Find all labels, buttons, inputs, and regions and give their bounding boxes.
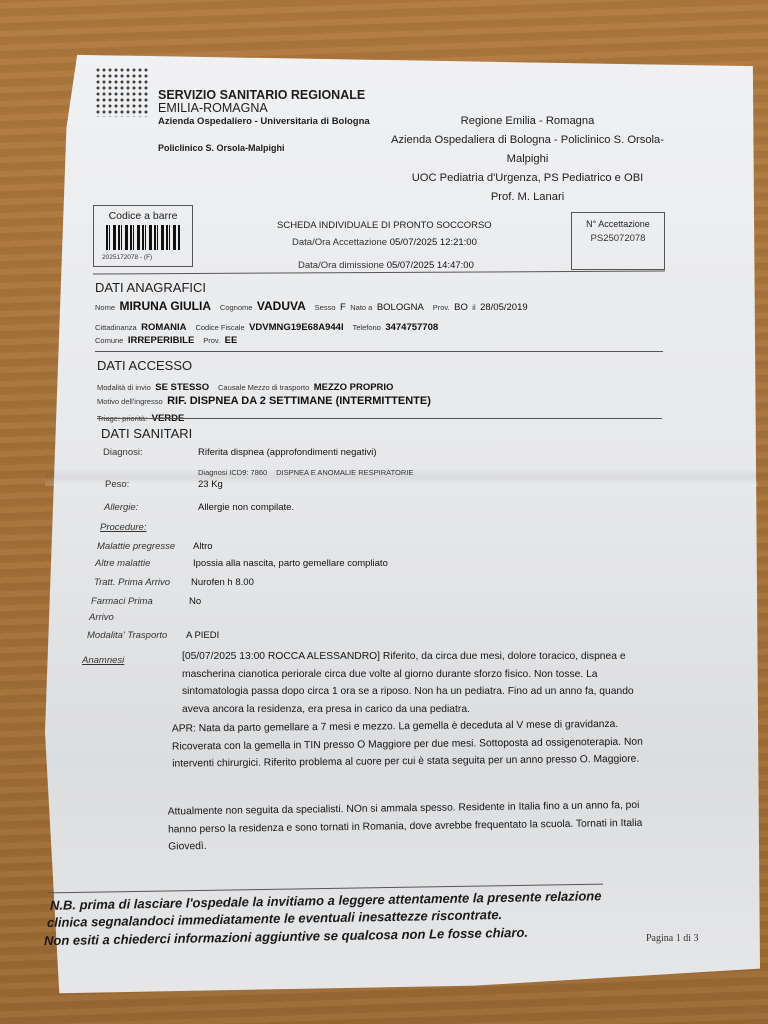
section-title-sanitari: DATI SANITARI (101, 426, 192, 441)
comune-prov-value: EE (225, 335, 238, 346)
scheda-title: SCHEDA INDIVIDUALE DI PRONTO SOCCORSO (277, 220, 492, 231)
divider (97, 418, 662, 419)
dimissione-label: Data/Ora dimissione (298, 260, 384, 271)
ssr-azienda: Azienda Ospedaliero - Universitaria di B… (158, 116, 370, 127)
altre-malattie-value: Ipossia alla nascita, parto gemellare co… (193, 558, 388, 569)
allergie-value: Allergie non compilate. (198, 502, 294, 513)
anamnesi-paragraph-1: [05/07/2025 13:00 ROCCA ALESSANDRO] Rife… (182, 648, 652, 718)
codice-fiscale-value: VDVMNG19E68A944I (249, 322, 344, 333)
accesso-row-2: Motivo dell'ingresso RIF. DISPNEA DA 2 S… (97, 391, 431, 409)
header-line: Azienda Ospedaliera di Bologna - Policli… (385, 131, 670, 150)
ssr-title: SERVIZIO SANITARIO REGIONALE (158, 88, 365, 102)
altre-malattie-label: Altre malattie (95, 558, 150, 569)
telefono-label: Telefono (353, 323, 381, 332)
comune-prov-label: Prov. (203, 336, 220, 345)
regional-logo-icon (95, 67, 150, 117)
nato-value: BOLOGNA (377, 302, 424, 313)
header-line: Prof. M. Lanari (385, 188, 670, 207)
accesso-row-3: Triage: priorità: VERDE (97, 408, 184, 426)
section-title-anagrafici: DATI ANAGRAFICI (95, 280, 206, 295)
barcode-number: 2025172078 - (F) (102, 254, 152, 261)
icd-value: DISPNEA E ANOMALIE RESPIRATORIE (276, 468, 413, 477)
tratt-prima-arrivo-label: Tratt. Prima Arrivo (94, 577, 170, 588)
cognome-label: Cognome (220, 303, 253, 312)
dimissione-value: 05/07/2025 14:47:00 (387, 260, 474, 271)
dob-label: il (472, 303, 475, 312)
ssr-policlinico: Policlinico S. Orsola-Malpighi (158, 143, 285, 153)
icd-row: Diagnosi ICD9: 7860 DISPNEA E ANOMALIE R… (198, 462, 413, 480)
hospital-header-block: Regione Emilia - Romagna Azienda Ospedal… (385, 112, 670, 207)
motivo-value: RIF. DISPNEA DA 2 SETTIMANE (INTERMITTEN… (167, 395, 431, 407)
cognome-value: VADUVA (257, 299, 306, 313)
header-line: UOC Pediatria d'Urgenza, PS Pediatrico e… (385, 169, 670, 188)
peso-label: Peso: (105, 479, 129, 490)
allergie-label: Allergie: (104, 502, 138, 513)
nome-label: Nome (95, 303, 115, 312)
sesso-value: F (340, 302, 346, 313)
procedure-label: Procedure: (100, 522, 146, 533)
malattie-pregresse-value: Altro (193, 541, 213, 552)
accettazione-number-box: N° Accettazione PS25072078 (571, 212, 665, 270)
section-title-accesso: DATI ACCESSO (97, 358, 192, 373)
malattie-pregresse-label: Malattie pregresse (97, 541, 175, 552)
prov-value: BO (454, 302, 468, 313)
accettazione-label: Data/Ora Accettazione (292, 237, 387, 248)
barcode-icon (106, 225, 181, 250)
barcode-box: Codice a barre 2025172078 - (F) (93, 205, 193, 267)
header-line: Malpighi (385, 150, 670, 169)
accettazione-number-label: N° Accettazione (572, 219, 664, 229)
anamnesi-paragraph-apr: APR: Nata da parto gemellare a 7 mesi e … (172, 715, 668, 773)
anagrafici-row-1: Nome MIRUNA GIULIA Cognome VADUVA Sesso … (95, 297, 528, 315)
dob-value: 28/05/2019 (480, 302, 528, 313)
prov-label: Prov. (433, 303, 450, 312)
telefono-value: 3474757708 (385, 322, 438, 333)
motivo-label: Motivo dell'ingresso (97, 397, 163, 406)
anamnesi-paragraph-3: Attualmente non seguita da specialisti. … (168, 796, 671, 856)
nome-value: MIRUNA GIULIA (119, 299, 211, 313)
header-line: Regione Emilia - Romagna (385, 112, 670, 131)
anagrafici-row-3: Comune IRREPERIBILE Prov. EE (95, 330, 237, 348)
accettazione-value: 05/07/2025 12:21:00 (390, 237, 477, 248)
modalita-trasporto-value: A PIEDI (186, 630, 219, 641)
page-number: Pagina 1 di 3 (646, 933, 699, 944)
diagnosi-label: Diagnosi: (103, 447, 143, 458)
barcode-label: Codice a barre (94, 210, 192, 222)
diagnosi-value: Riferita dispnea (approfondimenti negati… (198, 447, 377, 458)
tratt-prima-arrivo-value: Nurofen h 8.00 (191, 577, 254, 588)
nato-label: Nato a (350, 303, 372, 312)
farmaci-prima-arrivo-label-1: Farmaci Prima (91, 596, 153, 607)
divider (95, 351, 663, 352)
icd-label: Diagnosi ICD9: 7860 (198, 468, 267, 477)
modalita-trasporto-label: Modalita' Trasporto (87, 630, 167, 641)
peso-value: 23 Kg (198, 479, 223, 490)
comune-label: Comune (95, 336, 123, 345)
dimissione-datetime: Data/Ora dimissione 05/07/2025 14:47:00 (298, 260, 474, 271)
accettazione-number-value: PS25072078 (572, 233, 664, 244)
ssr-region: EMILIA-ROMAGNA (158, 101, 268, 115)
comune-value: IRREPERIBILE (128, 335, 195, 346)
farmaci-prima-arrivo-value: No (189, 596, 201, 607)
accettazione-datetime: Data/Ora Accettazione 05/07/2025 12:21:0… (292, 237, 477, 248)
sesso-label: Sesso (315, 303, 336, 312)
anamnesi-label: Anamnesi (82, 655, 124, 666)
farmaci-prima-arrivo-label-2: Arrivo (89, 612, 114, 623)
